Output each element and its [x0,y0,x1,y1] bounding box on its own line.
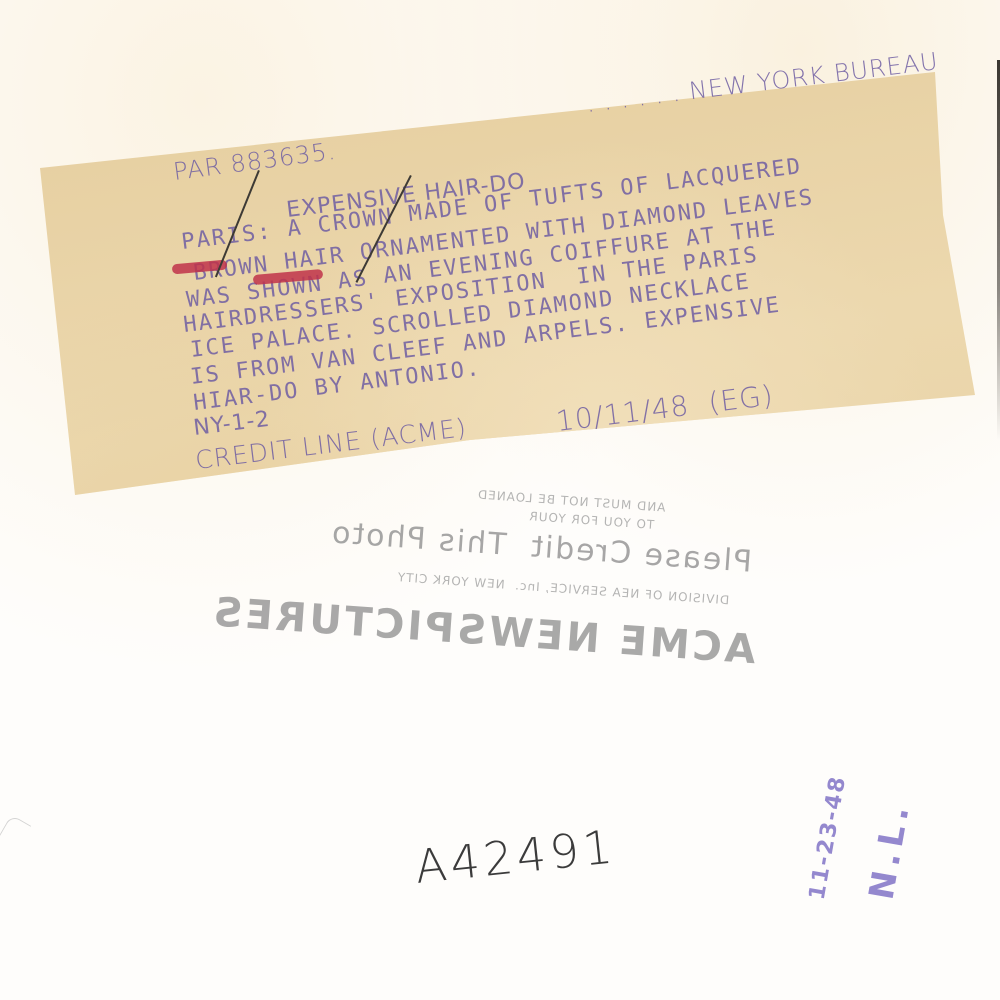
bureau-line: . . . . . . NEW YORK BUREAU [585,49,940,116]
caption-date: 10/11/48 (EG) [555,382,776,436]
